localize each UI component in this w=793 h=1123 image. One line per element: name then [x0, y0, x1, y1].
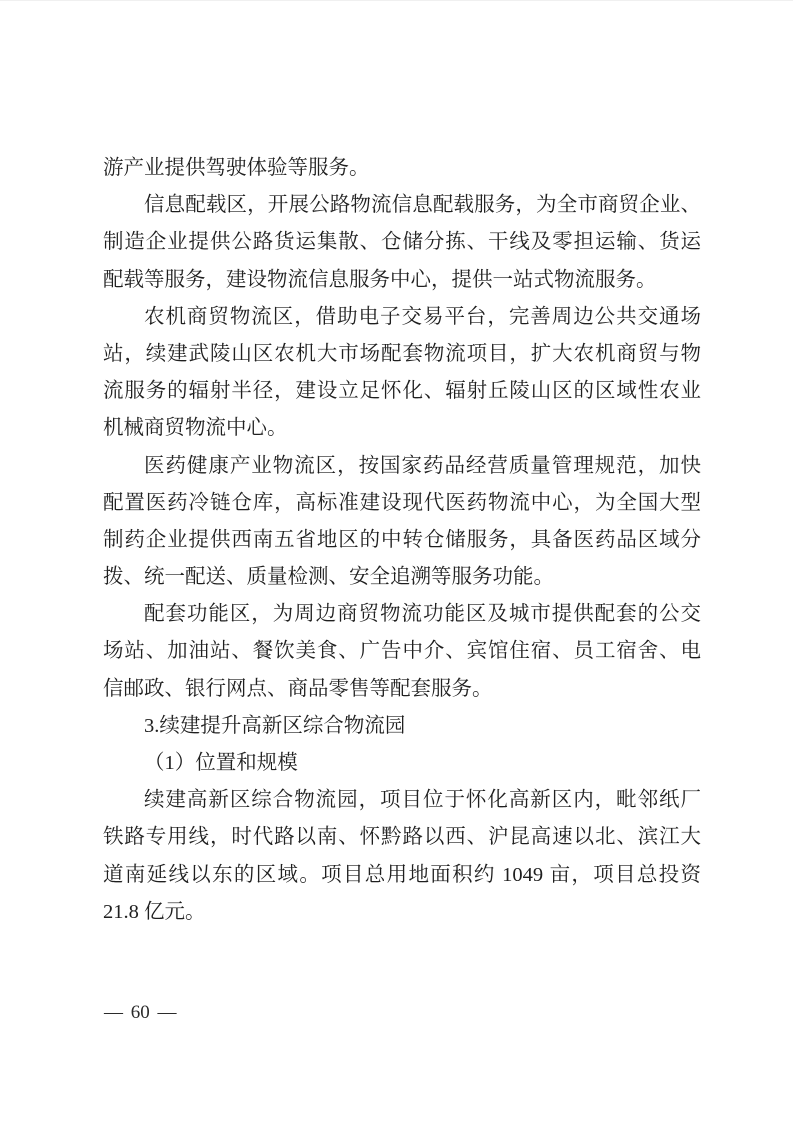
text-line: 制药企业提供西南五省地区的中转仓储服务，具备医药品区域分	[103, 522, 701, 559]
text-line: 道南延线以东的区域。项目总用地面积约 1049 亩，项目总投资	[103, 857, 701, 894]
text-line: 铁路专用线，时代路以南、怀黔路以西、沪昆高速以北、滨江大	[103, 819, 701, 856]
text-line: 场站、加油站、餐饮美食、广告中介、宾馆住宿、员工宿舍、电	[103, 633, 701, 670]
document-page: 游产业提供驾驶体验等服务。信息配载区，开展公路物流信息配载服务，为全市商贸企业、…	[0, 0, 793, 1123]
page-footer: — 60 —	[104, 1001, 177, 1025]
text-line: 配套功能区，为周边商贸物流功能区及城市提供配套的公交	[103, 596, 701, 633]
text-line: （1）位置和规模	[103, 745, 701, 782]
text-line: 信邮政、银行网点、商品零售等配套服务。	[103, 671, 701, 708]
text-line: 3.续建提升高新区综合物流园	[103, 708, 701, 745]
text-line: 机械商贸物流中心。	[103, 410, 701, 447]
text-line: 游产业提供驾驶体验等服务。	[103, 150, 701, 187]
text-line: 拨、统一配送、质量检测、安全追溯等服务功能。	[103, 559, 701, 596]
text-line: 医药健康产业物流区，按国家药品经营质量管理规范，加快	[103, 448, 701, 485]
text-line: 21.8 亿元。	[103, 894, 701, 931]
text-line: 续建高新区综合物流园，项目位于怀化高新区内，毗邻纸厂	[103, 782, 701, 819]
page-number: — 60 —	[104, 1002, 177, 1023]
text-line: 流服务的辐射半径，建设立足怀化、辐射丘陵山区的区域性农业	[103, 373, 701, 410]
text-line: 配载等服务，建设物流信息服务中心，提供一站式物流服务。	[103, 262, 701, 299]
document-body: 游产业提供驾驶体验等服务。信息配载区，开展公路物流信息配载服务，为全市商贸企业、…	[103, 150, 701, 931]
text-line: 农机商贸物流区，借助电子交易平台，完善周边公共交通场	[103, 299, 701, 336]
text-line: 配置医药冷链仓库，高标准建设现代医药物流中心，为全国大型	[103, 485, 701, 522]
text-line: 制造企业提供公路货运集散、仓储分拣、干线及零担运输、货运	[103, 224, 701, 261]
text-line: 站，续建武陵山区农机大市场配套物流项目，扩大农机商贸与物	[103, 336, 701, 373]
text-line: 信息配载区，开展公路物流信息配载服务，为全市商贸企业、	[103, 187, 701, 224]
